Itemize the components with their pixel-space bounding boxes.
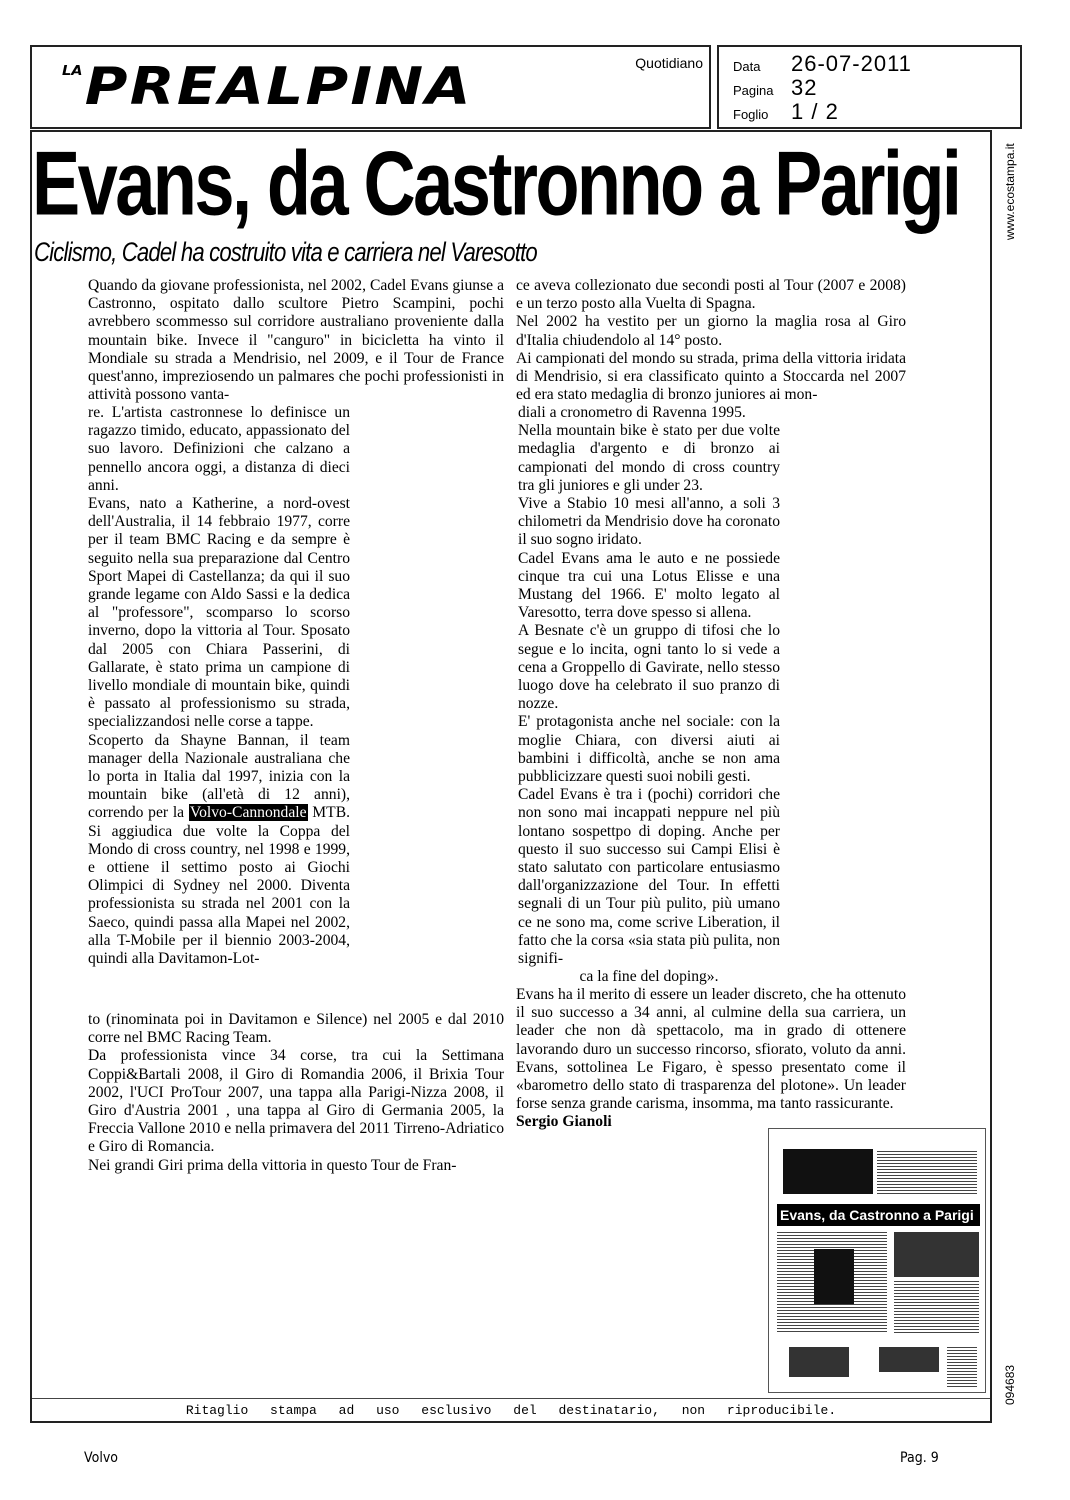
newspaper-logo: LAPREALPINA [62, 61, 473, 113]
paragraph: Cadel Evans ama le auto e ne possiede ci… [518, 550, 780, 623]
date-value: 26-07-2011 [791, 51, 912, 76]
meta-page-row: Pagina32 [733, 75, 817, 101]
headline: Evans, da Castronno a Parigi [32, 138, 959, 229]
thumbnail-photo-podium [894, 1232, 979, 1277]
paragraph: re. L'artista castronnese lo definisce u… [88, 404, 350, 495]
paragraph-text: MTB. Si aggiudica due volte la Coppa del… [88, 804, 350, 967]
sheet-value: 1 / 2 [791, 99, 839, 124]
paragraph: A Besnate c'è un gruppo di tifosi che lo… [518, 622, 780, 713]
article-column-left-narrow: re. L'artista castronnese lo definisce u… [88, 404, 350, 968]
subheadline: Ciclismo, Cadel ha costruito vita e carr… [34, 237, 537, 268]
thumbnail-text-block [894, 1281, 979, 1333]
paragraph: ca la fine del doping». [518, 968, 780, 986]
page-label: Pagina [733, 83, 791, 98]
paragraph: Ai campionati del mondo su strada, prima… [516, 350, 906, 405]
paragraph: Scoperto da Shayne Bannan, il team manag… [88, 732, 350, 969]
side-credit: www.ecostampa.it [1003, 143, 1017, 240]
paragraph: Cadel Evans è tra i (pochi) corridori ch… [518, 786, 780, 968]
logo-text: PREALPINA [85, 57, 473, 117]
paragraph: Evans ha il merito di essere un leader d… [516, 986, 906, 1113]
side-code: 094683 [1003, 1365, 1017, 1405]
paragraph: Quando da giovane professionista, nel 20… [88, 277, 504, 404]
article-column-right-top: ce aveva collezionato due secondi posti … [516, 277, 906, 404]
page-value: 32 [791, 75, 817, 100]
sheet-label: Foglio [733, 107, 791, 122]
masthead-box: LAPREALPINA Quotidiano [30, 45, 711, 129]
article-column-left-intro: Quando da giovane professionista, nel 20… [88, 277, 504, 404]
article-column-left-bottom: to (rinominata poi in Davitamon e Silenc… [88, 1011, 504, 1175]
meta-box: Data26-07-2011 Pagina32 Foglio1 / 2 [717, 45, 1022, 129]
thumbnail-text-block [947, 1347, 977, 1387]
page-footer-client: Volvo [84, 1450, 118, 1466]
paragraph: Nel 2002 ha vestito per un giorno la mag… [516, 313, 906, 349]
paragraph: Vive a Stabio 10 mesi all'anno, a soli 3… [518, 495, 780, 550]
paragraph: to (rinominata poi in Davitamon e Silenc… [88, 1011, 504, 1047]
meta-date-row: Data26-07-2011 [733, 51, 912, 77]
paragraph: Nella mountain bike è stato per due volt… [518, 422, 780, 495]
paragraph: diali a cronometro di Ravenna 1995. [518, 404, 780, 422]
article-column-right-bottom: Evans ha il merito di essere un leader d… [516, 986, 906, 1132]
thumbnail-photo-top [783, 1149, 873, 1194]
paragraph: Nei grandi Giri prima della vittoria in … [88, 1157, 504, 1175]
thumbnail-title: Evans, da Castronno a Parigi [777, 1204, 980, 1226]
thumbnail-photo-bottom [789, 1347, 849, 1377]
disclaimer: Ritaglio stampa ad uso esclusivo del des… [32, 1403, 990, 1418]
frequency-label: Quotidiano [635, 55, 703, 71]
paragraph: ce aveva collezionato due secondi posti … [516, 277, 906, 313]
date-label: Data [733, 59, 791, 74]
highlighted-keyword: Volvo-Cannondale [189, 804, 308, 821]
paragraph: Evans, nato a Katherine, a nord-ovest de… [88, 495, 350, 732]
paragraph: E' protagonista anche nel sociale: con l… [518, 713, 780, 786]
page-thumbnail: Evans, da Castronno a Parigi [768, 1128, 986, 1393]
footer-divider [32, 1398, 990, 1399]
thumbnail-photo-portrait [814, 1249, 854, 1304]
thumbnail-photo-bottom [879, 1347, 939, 1372]
paragraph: Da professionista vince 34 corse, tra cu… [88, 1047, 504, 1156]
article-column-right-narrow: diali a cronometro di Ravenna 1995. Nell… [518, 404, 780, 987]
page-footer-page-number: Pag. 9 [900, 1450, 939, 1466]
thumbnail-text-block [877, 1151, 977, 1196]
meta-sheet-row: Foglio1 / 2 [733, 99, 839, 125]
logo-prefix: LA [62, 64, 83, 79]
